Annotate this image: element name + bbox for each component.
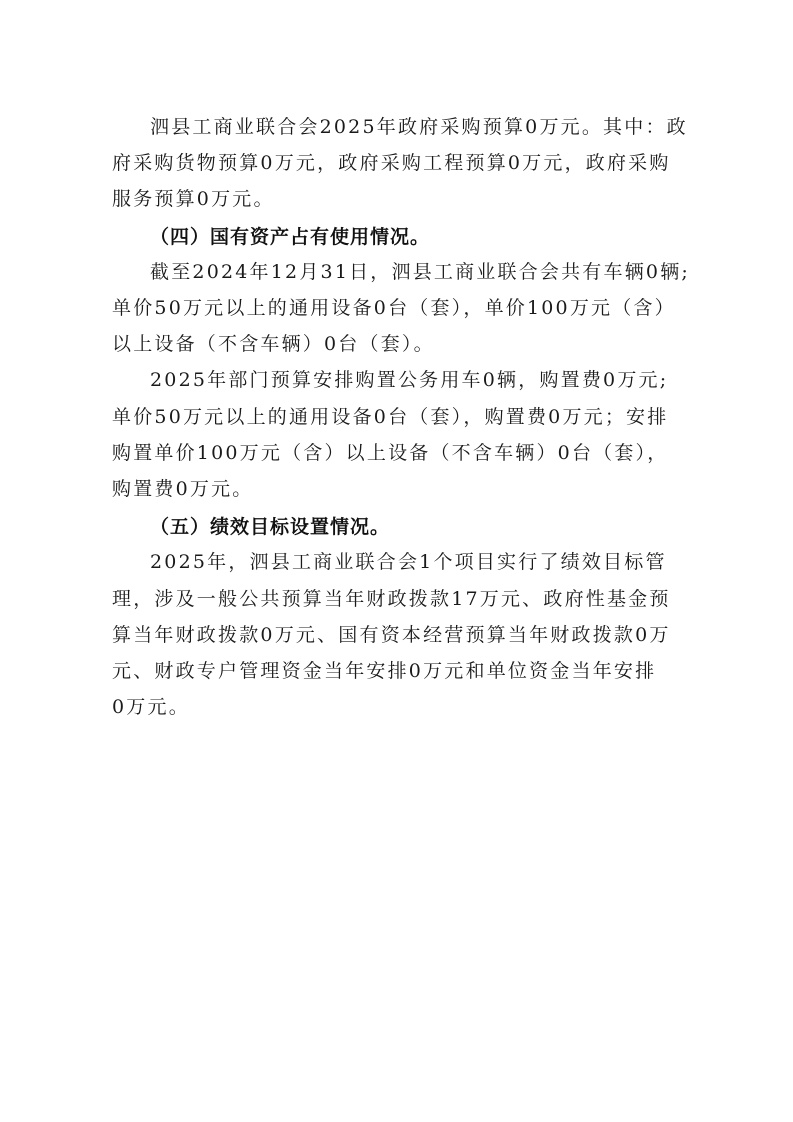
paragraph-performance-line-5: 0万元。 — [112, 692, 684, 722]
paragraph-performance-line-3: 算当年财政拨款0万元、国有资本经营预算当年财政拨款0万 — [112, 620, 684, 650]
document-page: 泗县工商业联合会2025年政府采购预算0万元。其中：政 府采购货物预算0万元，政… — [0, 0, 793, 1122]
section-heading-state-assets: （四）国有资产占有使用情况。 — [150, 222, 684, 252]
paragraph-assets-line-1: 截至2024年12月31日，泗县工商业联合会共有车辆0辆; — [150, 257, 684, 287]
paragraph-purchases-line-2: 单价50万元以上的通用设备0台（套），购置费0万元；安排 — [112, 402, 684, 432]
paragraph-procurement-line-3: 服务预算0万元。 — [112, 184, 684, 214]
paragraph-purchases-line-3: 购置单价100万元（含）以上设备（不含车辆）0台（套）， — [112, 438, 684, 468]
paragraph-assets-line-3: 以上设备（不含车辆）0台（套）。 — [112, 329, 684, 359]
paragraph-assets-line-2: 单价50万元以上的通用设备0台（套），单价100万元（含） — [112, 293, 684, 323]
paragraph-purchases-line-1: 2025年部门预算安排购置公务用车0辆，购置费0万元; — [150, 365, 684, 395]
paragraph-performance-line-1: 2025年，泗县工商业联合会1个项目实行了绩效目标管 — [150, 547, 684, 577]
paragraph-performance-line-4: 元、财政专户管理资金当年安排0万元和单位资金当年安排 — [112, 656, 684, 686]
paragraph-procurement-line-2: 府采购货物预算0万元，政府采购工程预算0万元，政府采购 — [112, 148, 684, 178]
section-heading-performance-goals: （五）绩效目标设置情况。 — [150, 512, 684, 542]
paragraph-procurement-line-1: 泗县工商业联合会2025年政府采购预算0万元。其中：政 — [150, 112, 684, 142]
paragraph-purchases-line-4: 购置费0万元。 — [112, 474, 684, 504]
paragraph-performance-line-2: 理，涉及一般公共预算当年财政拨款17万元、政府性基金预 — [112, 584, 684, 614]
